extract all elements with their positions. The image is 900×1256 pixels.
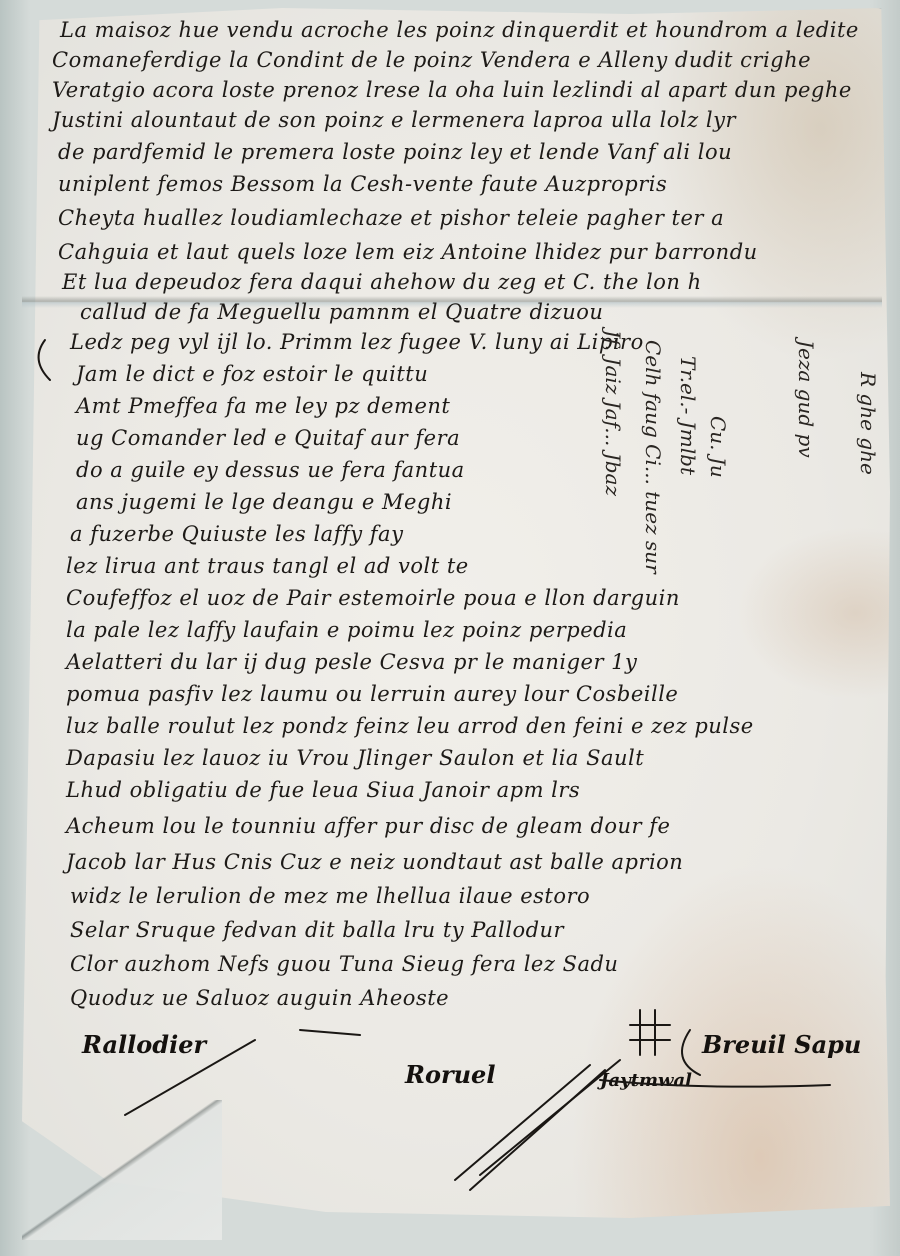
signature-flourishes [0, 0, 900, 1256]
